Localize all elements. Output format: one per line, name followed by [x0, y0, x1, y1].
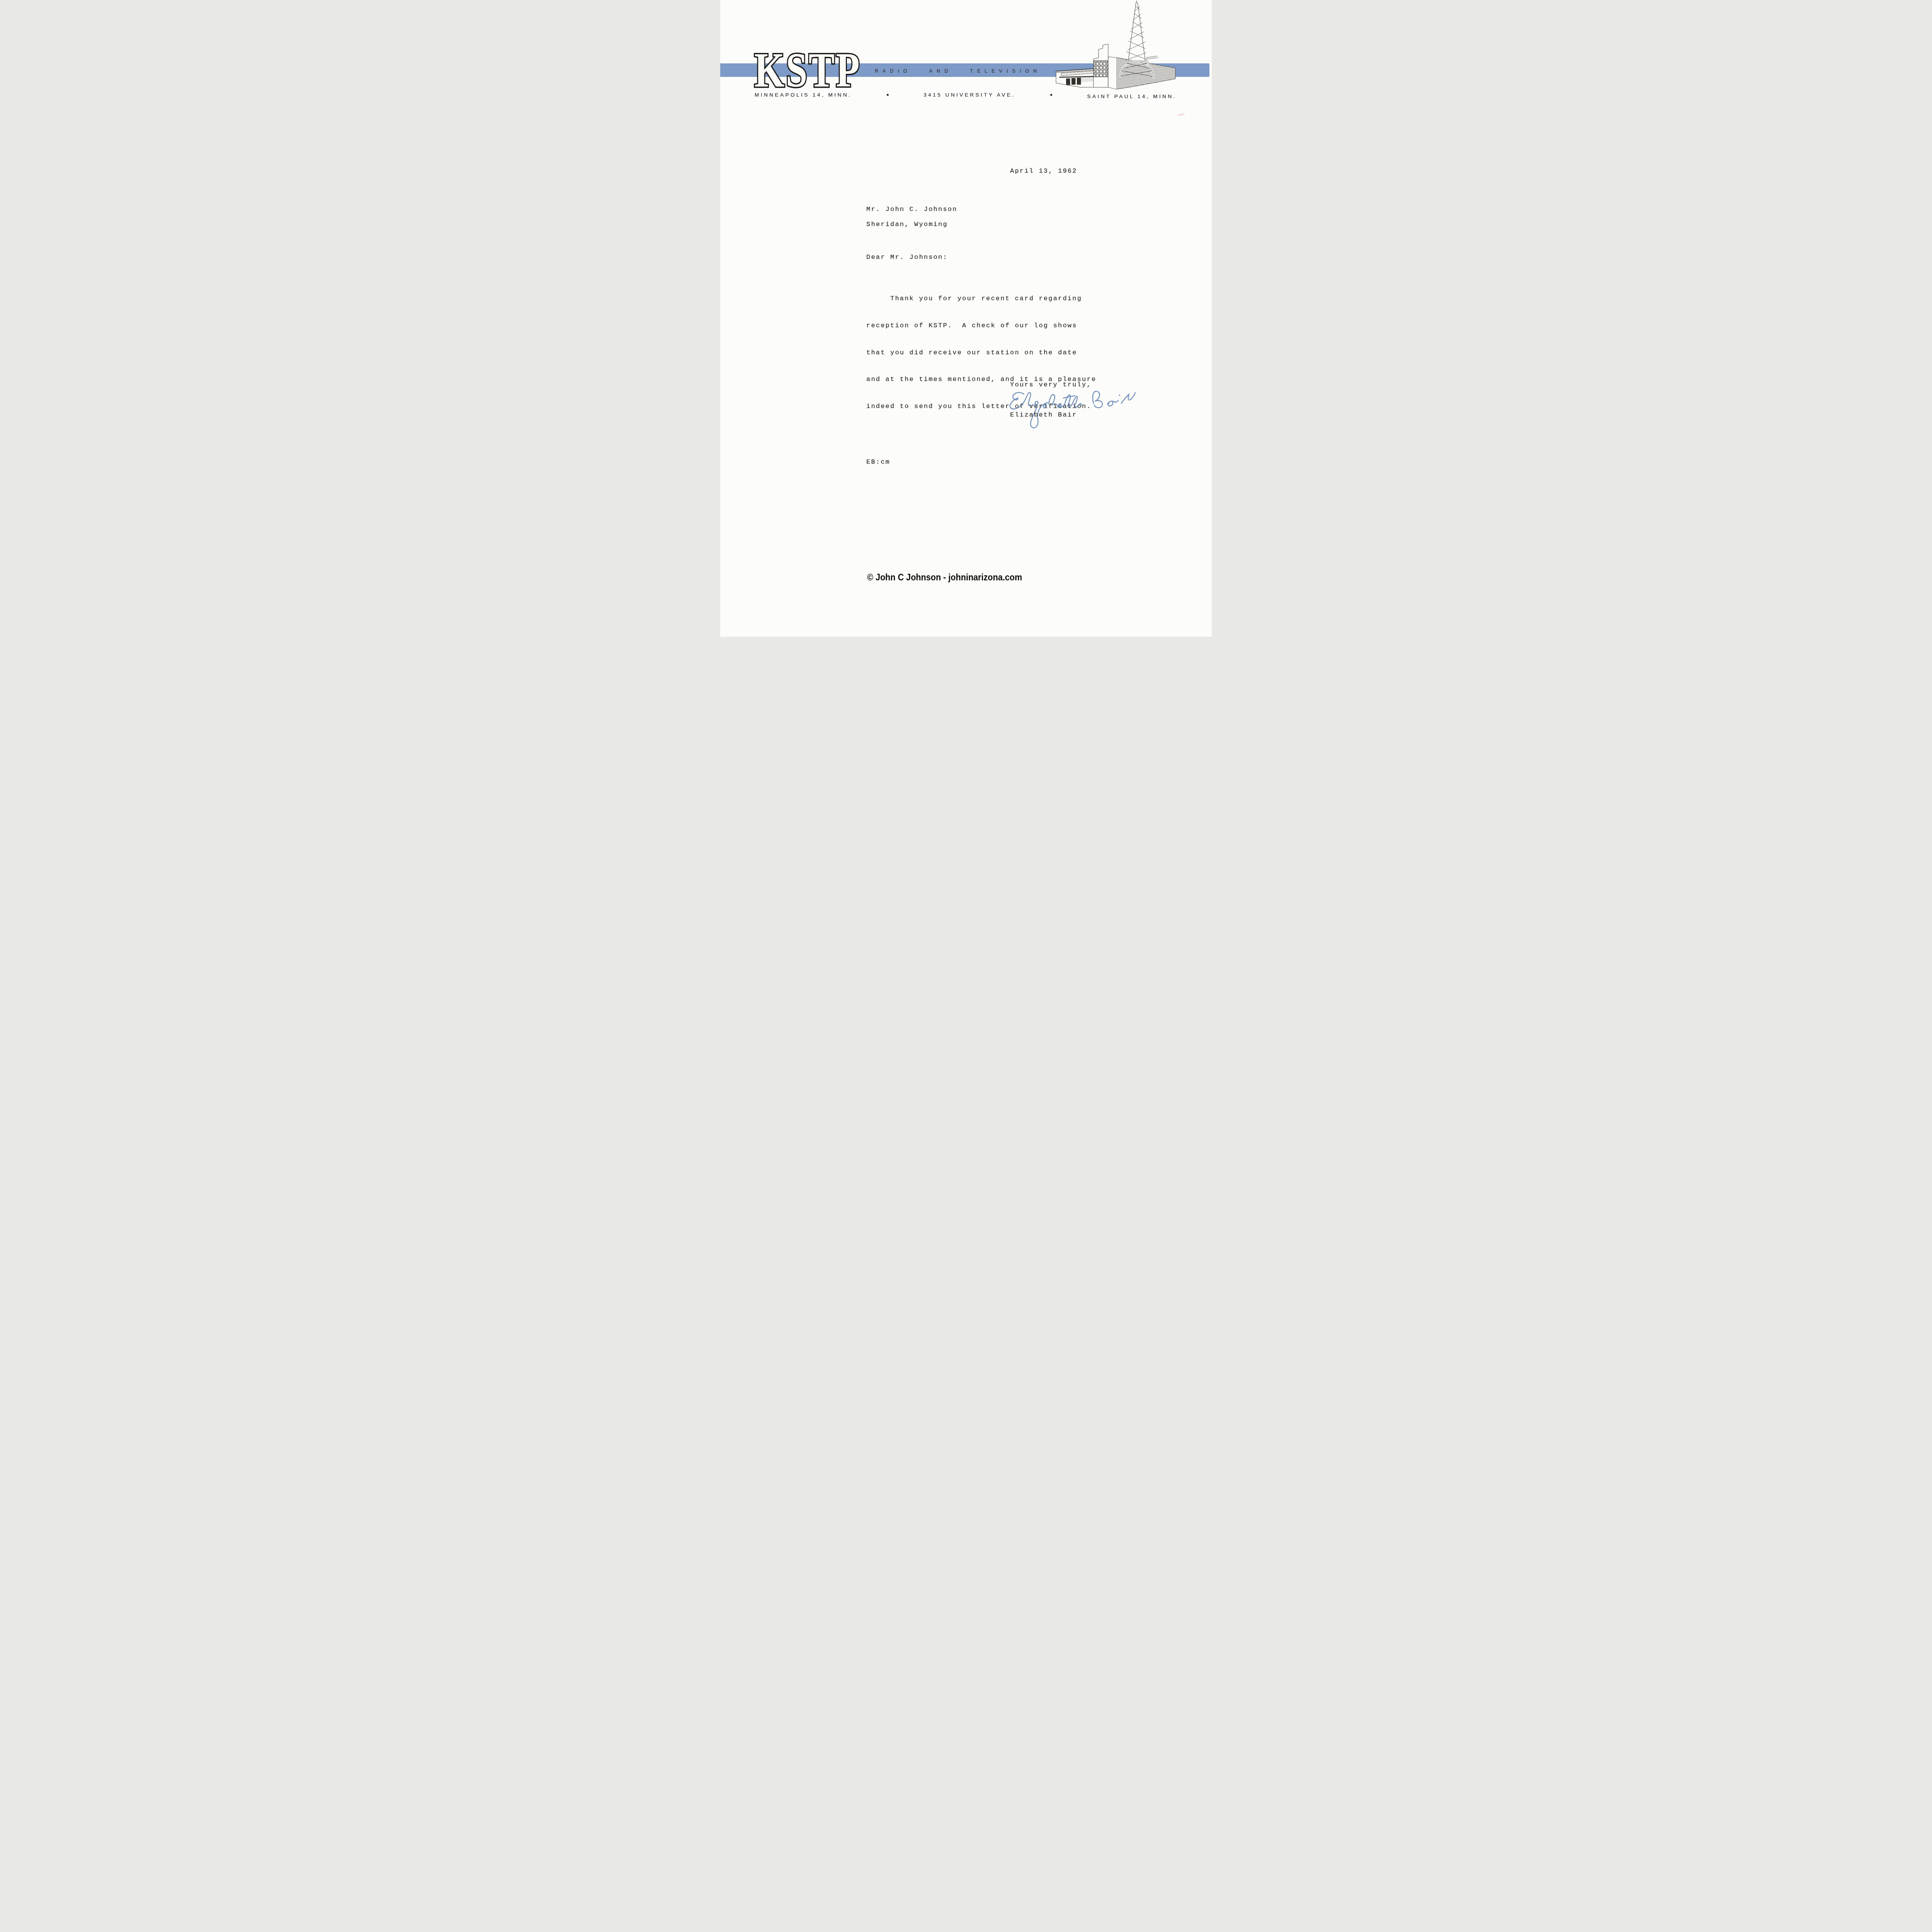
- tagline-word: TELEVISION: [970, 68, 1041, 74]
- bullet-icon: •: [886, 94, 889, 97]
- studio-building-icon: [1056, 44, 1175, 89]
- address-minneapolis: MINNEAPOLIS 14, MINN.: [755, 92, 852, 98]
- pink-smudge-mark: [1178, 113, 1185, 116]
- tagline-word: AND: [929, 68, 952, 74]
- recipient-city: Sheridan, Wyoming: [866, 220, 948, 229]
- body-line: that you did receive our station on the …: [866, 349, 1096, 357]
- reference-initials: EB:cm: [866, 458, 890, 467]
- salutation: Dear Mr. Johnson:: [866, 253, 948, 262]
- kstp-logo-text: KSTP: [754, 49, 861, 92]
- address-university-ave: 3415 UNIVERSITY AVE.: [923, 92, 1015, 98]
- kstp-logo: KSTP: [752, 49, 868, 92]
- typed-signature-name: Elizabeth Bair: [1010, 411, 1077, 420]
- body-line: reception of KSTP. A check of our log sh…: [866, 321, 1096, 330]
- radio-television-tagline: RADIO AND TELEVISION: [875, 68, 1041, 74]
- bullet-icon: •: [1050, 94, 1053, 97]
- letterhead-address-line: MINNEAPOLIS 14, MINN. • 3415 UNIVERSITY …: [755, 92, 1177, 98]
- address-saint-paul: SAINT PAUL 14, MINN.: [1087, 94, 1177, 99]
- scanned-letter-page: KSTP RADIO AND TELEVISION: [720, 0, 1212, 637]
- recipient-name: Mr. John C. Johnson: [866, 205, 957, 214]
- station-building-illustration: [1052, 0, 1199, 94]
- body-line: Thank you for your recent card regarding: [866, 294, 1096, 303]
- letter-date: April 13, 1962: [1010, 167, 1077, 176]
- tagline-word: RADIO: [875, 68, 912, 74]
- copyright-credit: © John C Johnson - johninarizona.com: [867, 572, 1022, 583]
